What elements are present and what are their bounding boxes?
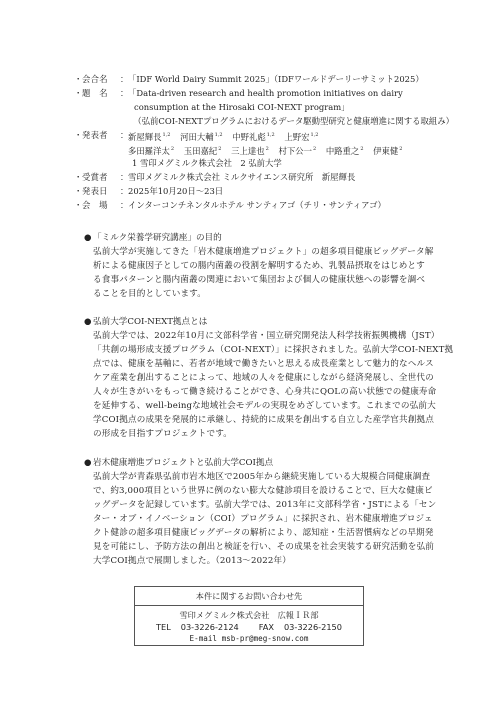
paragraph-line: 見を可能にし、予防方法の創出と検証を行い、その成果を社会実装する研究活動を弘前 (84, 540, 454, 554)
meeting-value: 「IDF World Dairy Summit 2025」（IDFワールドデーリ… (128, 72, 454, 86)
info-row-presenters-cont: 多田羅洋太2 玉田嘉紀2 三上達也2 村下公一2 中路重之2 伊東健2 (74, 142, 454, 156)
paragraph-line: 大学COI拠点で展開しました。（2013～2022年） (84, 554, 454, 568)
paragraph-line: 弘前大学が実施してきた「岩木健康増進プロジェクト」の超多項目健康ビッグデータ解 (84, 245, 454, 259)
award-label: 受賞者 (82, 170, 120, 184)
presenter: 多田羅洋太2 (128, 146, 174, 156)
presenter: 河田大輔1,2 (180, 132, 222, 142)
bullet-icon: ・ (74, 128, 82, 142)
info-row-title-cont: （弘前COI-NEXTプログラムにおけるデータ駆動型研究と健康増進に関する取組み… (74, 114, 454, 128)
info-row-title-cont: consumption at the Hirosaki COI-NEXT pro… (74, 100, 454, 114)
paragraph-line: 弘前大学では、2022年10月に文部科学省・国立研究開発法人科学技術振興機構（J… (84, 329, 454, 343)
presenter: 中野礼彪1,2 (232, 132, 274, 142)
venue-label: 会 場 (82, 198, 120, 212)
title-label: 題 名 (82, 86, 120, 100)
paragraph-line: る食事パターンと腸内菌叢の関連において集団および個人の健康状態への影響を調べ (84, 273, 454, 287)
paragraph-line: 点では、健康を基軸に、若者が地域で働きたいと思える成長産業として魅力的なヘルス (84, 357, 454, 371)
venue-value: インターコンチネンタルホテル サンティアゴ（チリ・サンティアゴ） (128, 198, 454, 212)
bullet-circle-icon: ● (84, 231, 93, 245)
award-value: 雪印メグミルク株式会社 ミルクサイエンス研究所 新屋輝長 (128, 170, 454, 184)
affiliations: 1 雪印メグミルク株式会社 2 弘前大学 (128, 156, 454, 170)
presenter: 三上達也2 (231, 146, 269, 156)
contact-phone-fax: TEL03-3226-2124FAX03-3226-2150 (135, 621, 363, 633)
section-heading: ●「ミルク栄養学研究講座」の目的 (84, 231, 454, 245)
colon: ： (120, 198, 128, 212)
colon: ： (120, 170, 128, 184)
paragraph-line: ッグデータを記録しています。弘前大学では、2013年に文部科学省・JSTによる「… (84, 498, 454, 512)
paragraph-line: 弘前大学が青森県弘前市岩木地区で2005年から継続実施している大規模合同健康調査 (84, 470, 454, 484)
bullet-icon: ・ (74, 198, 82, 212)
contact-email: E-mail msb-pr@meg-snow.com (135, 633, 363, 645)
info-row-date: ・ 発表日 ： 2025年10月20日～23日 (74, 184, 454, 198)
event-info-list: ・ 会合名 ： 「IDF World Dairy Summit 2025」（ID… (74, 72, 454, 212)
title-line-2: consumption at the Hirosaki COI-NEXT pro… (128, 100, 454, 114)
presenter: 上野宏1,2 (284, 132, 318, 142)
press-release-page: ・ 会合名 ： 「IDF World Dairy Summit 2025」（ID… (0, 0, 500, 707)
section-heading-text: 弘前大学COI-NEXT拠点とは (93, 317, 207, 327)
bullet-icon: ・ (74, 72, 82, 86)
paragraph-line: 学COI拠点の成果を発展的に承継し、持続的に成果を創出する自立した産学官共創拠点 (84, 413, 454, 427)
date-value: 2025年10月20日～23日 (128, 184, 454, 198)
info-row-meeting: ・ 会合名 ： 「IDF World Dairy Summit 2025」（ID… (74, 72, 454, 86)
info-row-title: ・ 題 名 ： 「Data-driven research and health… (74, 86, 454, 100)
presenters-row-1: 新屋輝長1,2 河田大輔1,2 中野礼彪1,2 上野宏1,2 (128, 128, 454, 142)
section-coi-next: ●弘前大学COI-NEXT拠点とは 弘前大学では、2022年10月に文部科学省・… (84, 315, 454, 441)
colon: ： (120, 184, 128, 198)
email-label: E-mail (190, 634, 217, 643)
presenter: 中路重之2 (326, 146, 364, 156)
presenter: 玉田嘉紀2 (184, 146, 222, 156)
contact-company: 雪印メグミルク株式会社 広報ＩＲ部 (135, 609, 363, 621)
colon: ： (120, 128, 128, 142)
section-heading: ●弘前大学COI-NEXT拠点とは (84, 315, 454, 329)
paragraph-line: 析による健康因子としての腸内菌叢の役割を解明するため、乳製品摂取をはじめとす (84, 259, 454, 273)
meeting-label: 会合名 (82, 72, 120, 86)
paragraph-line: の形成を目指すプロジェクトです。 (84, 427, 454, 441)
colon: ： (120, 86, 128, 100)
paragraph-line: クト健診の超多項目健康ビッグデータの解析により、認知症・生活習慣病などの早期発 (84, 526, 454, 540)
section-research-course: ●「ミルク栄養学研究講座」の目的 弘前大学が実施してきた「岩木健康増進プロジェク… (84, 231, 454, 301)
colon: ： (120, 72, 128, 86)
presenter: 村下公一2 (278, 146, 316, 156)
info-row-venue: ・ 会 場 ： インターコンチネンタルホテル サンティアゴ（チリ・サンティアゴ） (74, 198, 454, 212)
fax-number: 03-3226-2150 (284, 622, 342, 632)
info-row-affiliations: 1 雪印メグミルク株式会社 2 弘前大学 (74, 156, 454, 170)
presenter: 伊東健2 (373, 146, 402, 156)
paragraph-line: で、約3,000項目という世界に例のない膨大な健診項目を設けることで、巨大な健康… (84, 484, 454, 498)
presenters-row-2: 多田羅洋太2 玉田嘉紀2 三上達也2 村下公一2 中路重之2 伊東健2 (128, 142, 454, 156)
tel-number: 03-3226-2124 (181, 622, 239, 632)
bullet-icon: ・ (74, 170, 82, 184)
bullet-icon: ・ (74, 184, 82, 198)
paragraph-line: を延伸する、well-beingな地域社会モデルの実現をめざしています。これまで… (84, 399, 454, 413)
bullet-icon: ・ (74, 86, 82, 100)
paragraph-line: 「共創の場形成支援プログラム（COI-NEXT）」に採択されました。弘前大学CO… (84, 343, 454, 357)
paragraph-line: ることを目的としています。 (84, 287, 454, 301)
paragraph-line: ター・オブ・イノベーション（COI）プログラム」に採択され、岩木健康増進プロジェ (84, 512, 454, 526)
contact-box: 本件に関するお問い合わせ先 雪印メグミルク株式会社 広報ＩＲ部 TEL03-32… (134, 586, 364, 646)
presenter: 新屋輝長1,2 (128, 132, 170, 142)
section-heading-text: 岩木健康増進プロジェクトと弘前大学COI拠点 (93, 458, 273, 468)
title-line-1: 「Data-driven research and health promoti… (128, 86, 454, 100)
title-line-3: （弘前COI-NEXTプログラムにおけるデータ駆動型研究と健康増進に関する取組み… (127, 114, 454, 128)
section-heading-text: 「ミルク栄養学研究講座」の目的 (93, 233, 222, 243)
bullet-circle-icon: ● (84, 315, 93, 329)
email-link[interactable]: msb-pr@meg-snow.com (222, 634, 309, 643)
paragraph-line: 人々が生きがいをもって働き続けることができ、心身共にQOLの高い状態での健康寿命 (84, 385, 454, 399)
paragraph-line: ケア産業を創出することによって、地域の人々を健康にしながら経済発展し、全世代の (84, 371, 454, 385)
tel-label: TEL (156, 622, 171, 632)
info-row-presenters: ・ 発表者 ： 新屋輝長1,2 河田大輔1,2 中野礼彪1,2 上野宏1,2 (74, 128, 454, 142)
presenters-label: 発表者 (82, 128, 120, 142)
section-heading: ●岩木健康増進プロジェクトと弘前大学COI拠点 (84, 456, 454, 470)
contact-title: 本件に関するお問い合わせ先 (135, 587, 363, 606)
bullet-circle-icon: ● (84, 456, 93, 470)
info-row-award: ・ 受賞者 ： 雪印メグミルク株式会社 ミルクサイエンス研究所 新屋輝長 (74, 170, 454, 184)
date-label: 発表日 (82, 184, 120, 198)
fax-label: FAX (259, 622, 274, 632)
section-iwaki-project: ●岩木健康増進プロジェクトと弘前大学COI拠点 弘前大学が青森県弘前市岩木地区で… (84, 456, 454, 568)
